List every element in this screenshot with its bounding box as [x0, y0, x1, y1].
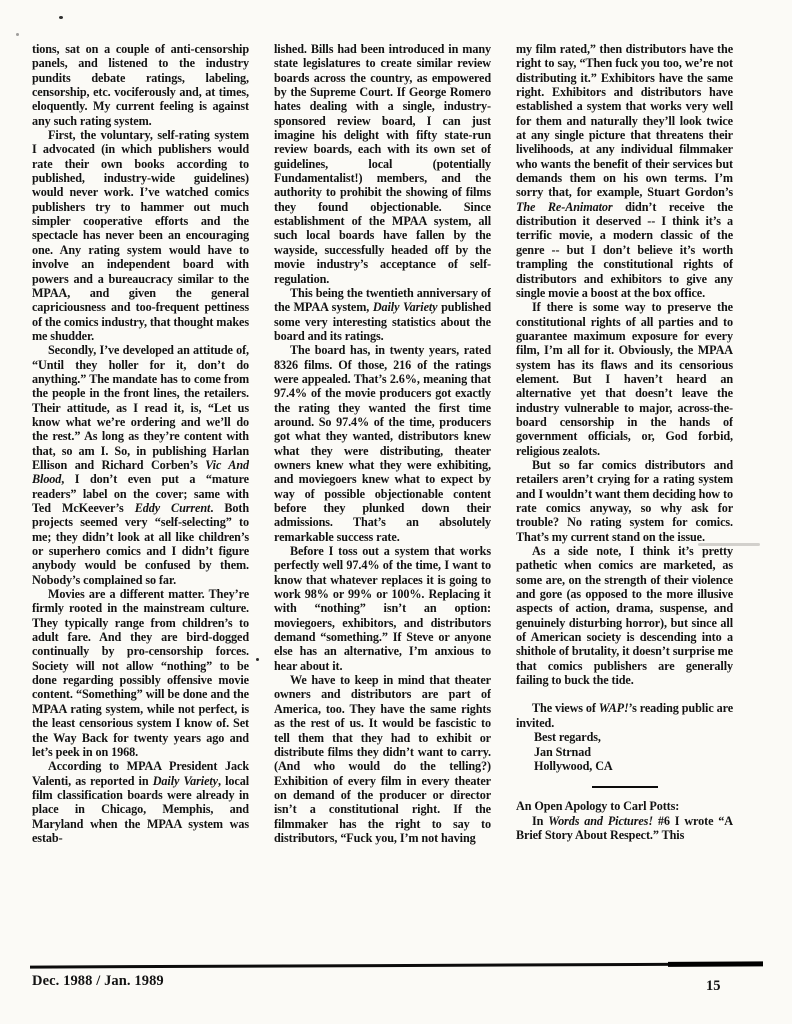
issue-date: Dec. 1988 / Jan. 1989 — [32, 972, 164, 990]
text-run: my film rated,” then distributors have t… — [516, 42, 733, 199]
body-paragraph: my film rated,” then distributors have t… — [516, 42, 733, 300]
italic-title: Eddy Current — [135, 501, 211, 515]
text-run: An Open Apology to Carl Potts: — [516, 799, 679, 813]
body-paragraph: The board has, in twenty years, rated 83… — [274, 343, 491, 544]
text-run: Secondly, I’ve developed an attitude of,… — [32, 343, 249, 472]
scan-speck — [256, 658, 259, 661]
italic-title: Words and Pictures! — [548, 814, 653, 828]
scan-speck — [16, 33, 19, 36]
column-3: my film rated,” then distributors have t… — [516, 42, 733, 970]
page: tions, sat on a couple of anti-censorshi… — [0, 0, 792, 1024]
body-paragraph: Movies are a different matter. They’re f… — [32, 587, 249, 759]
body-paragraph: In Words and Pictures! #6 I wrote “A Bri… — [516, 814, 733, 843]
text-run: tions, sat on a couple of anti-censorshi… — [32, 42, 249, 128]
text-run: First, the voluntary, self-rating system… — [32, 128, 249, 343]
body-paragraph: Before I toss out a system that works pe… — [274, 544, 491, 673]
text-run: lished. Bills had been introduced in man… — [274, 42, 491, 286]
text-run: didn’t receive the distribution it deser… — [516, 200, 733, 300]
body-paragraph: Secondly, I’ve developed an attitude of,… — [32, 343, 249, 587]
page-number: 15 — [706, 978, 721, 995]
body-paragraph: First, the voluntary, self-rating system… — [32, 128, 249, 343]
column-1: tions, sat on a couple of anti-censorshi… — [32, 42, 249, 970]
text-run: Before I toss out a system that works pe… — [274, 544, 491, 673]
text-run: Movies are a different matter. They’re f… — [32, 587, 249, 759]
text-run: As a side note, I think it’s pretty path… — [516, 544, 733, 687]
section-divider — [592, 786, 658, 788]
signature-line: Best regards, — [516, 730, 733, 744]
text-run: The board has, in twenty years, rated 83… — [274, 343, 491, 543]
text-run: In — [532, 814, 548, 828]
body-paragraph: As a side note, I think it’s pretty path… — [516, 544, 733, 687]
scan-speck — [59, 16, 63, 19]
italic-title: Daily Variety — [373, 300, 438, 314]
text-run: Best regards, — [534, 730, 601, 744]
section-heading: An Open Apology to Carl Potts: — [516, 799, 733, 813]
signature-line: Jan Strnad — [516, 745, 733, 759]
body-paragraph: According to MPAA President Jack Valenti… — [32, 759, 249, 845]
text-run: The views of — [532, 701, 599, 715]
text-run: We have to keep in mind that theater own… — [274, 673, 491, 845]
body-paragraph: The views of WAP!’s reading public are i… — [516, 701, 733, 730]
text-run: Hollywood, CA — [534, 759, 613, 773]
column-2: lished. Bills had been introduced in man… — [274, 42, 491, 970]
text-run: Jan Strnad — [534, 745, 591, 759]
body-paragraph: We have to keep in mind that theater own… — [274, 673, 491, 845]
italic-title: WAP! — [599, 701, 629, 715]
italic-title: Daily Variety — [153, 774, 218, 788]
signature-line: Hollywood, CA — [516, 759, 733, 773]
text-run: But so far comics distributors and retai… — [516, 458, 733, 544]
body-paragraph: tions, sat on a couple of anti-censorshi… — [32, 42, 249, 128]
italic-title: The Re-Animator — [516, 200, 613, 214]
text-run: If there is some way to preserve the con… — [516, 300, 733, 457]
body-paragraph: This being the twentieth anniversary of … — [274, 286, 491, 343]
body-paragraph: But so far comics distributors and retai… — [516, 458, 733, 544]
body-paragraph: If there is some way to preserve the con… — [516, 300, 733, 458]
body-paragraph: lished. Bills had been introduced in man… — [274, 42, 491, 286]
